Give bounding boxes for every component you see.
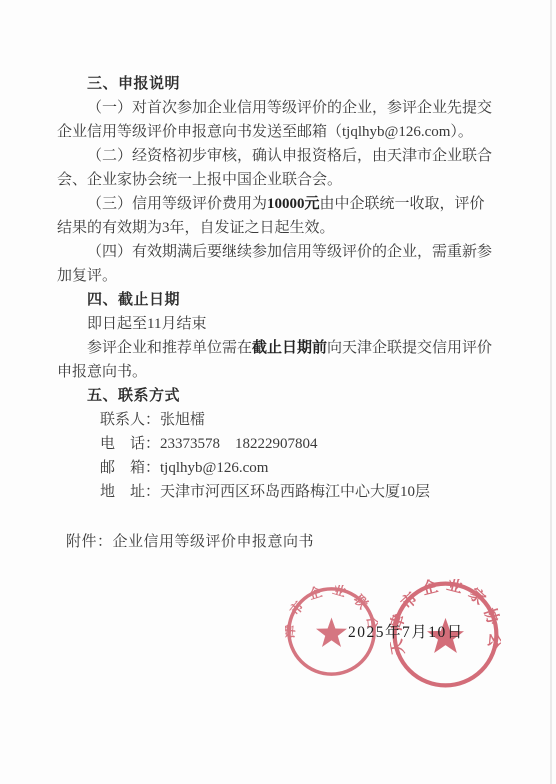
email-label: 邮 箱： [100,460,160,476]
text-line: 企业信用等级评价申报意向书发送至邮箱（tjqlhyb@126.com）。 [57,120,501,144]
contact-row: 地 址：天津市河西区环岛西路梅江中心大厦10层 [57,480,501,504]
heading-deadline: 四、截止日期 [57,288,501,312]
text-line: 结果的有效期为3年，自发证之日起生效。 [57,216,501,240]
text-line: 即日起至11月结束 [57,312,501,336]
attachment-line: 附件：企业信用等级评价申报意向书 [57,530,501,554]
heading-declaration: 三、申报说明 [57,72,501,96]
email-value: tjqlhyb@126.com [160,460,268,476]
text-line: 参评企业和推荐单位需在截止日期前向天津企联提交信用评价 [57,336,501,360]
text-line: 会、企业家协会统一上报中国企业联合会。 [57,168,501,192]
scan-edge-line [550,0,552,784]
address-label: 地 址： [100,484,160,500]
text-line: （四）有效期满后要继续参加信用等级评价的企业，需重新参 [57,240,501,264]
date-stamp: 2025年7月10日 [348,620,464,642]
fee-amount: 10000元 [267,196,320,212]
text-line: （三）信用等级评价费用为10000元由中企联统一收取，评价 [57,192,501,216]
document-page: 三、申报说明 （一）对首次参加企业信用等级评价的企业，参评企业先提交 企业信用等… [0,0,556,784]
star-icon [316,618,347,647]
contact-row: 电 话：23373578 18222907804 [57,432,501,456]
contact-person-value: 张旭檑 [160,412,205,428]
phone-value: 23373578 18222907804 [160,436,318,452]
text-line: 申报意向书。 [57,360,501,384]
deadline-emphasis: 截止日期前 [252,340,327,356]
text-segment: 由中企联统一收取，评价 [320,196,485,212]
phone-label: 电 话： [100,436,160,452]
text-segment: （三）信用等级评价费用为 [87,196,267,212]
contact-person-label: 联系人： [100,412,160,428]
heading-contact: 五、联系方式 [57,384,501,408]
text-line: （一）对首次参加企业信用等级评价的企业，参评企业先提交 [57,96,501,120]
document-body: 三、申报说明 （一）对首次参加企业信用等级评价的企业，参评企业先提交 企业信用等… [57,72,501,554]
text-line: （二）经资格初步审核，确认申报资格后，由天津市企业联合 [57,144,501,168]
text-line: 加复评。 [57,264,501,288]
contact-row: 联系人：张旭檑 [57,408,501,432]
text-segment: 向天津企联提交信用评价 [327,340,492,356]
address-value: 天津市河西区环岛西路梅江中心大厦10层 [160,484,430,500]
contact-row: 邮 箱：tjqlhyb@126.com [57,456,501,480]
text-segment: 参评企业和推荐单位需在 [87,340,252,356]
